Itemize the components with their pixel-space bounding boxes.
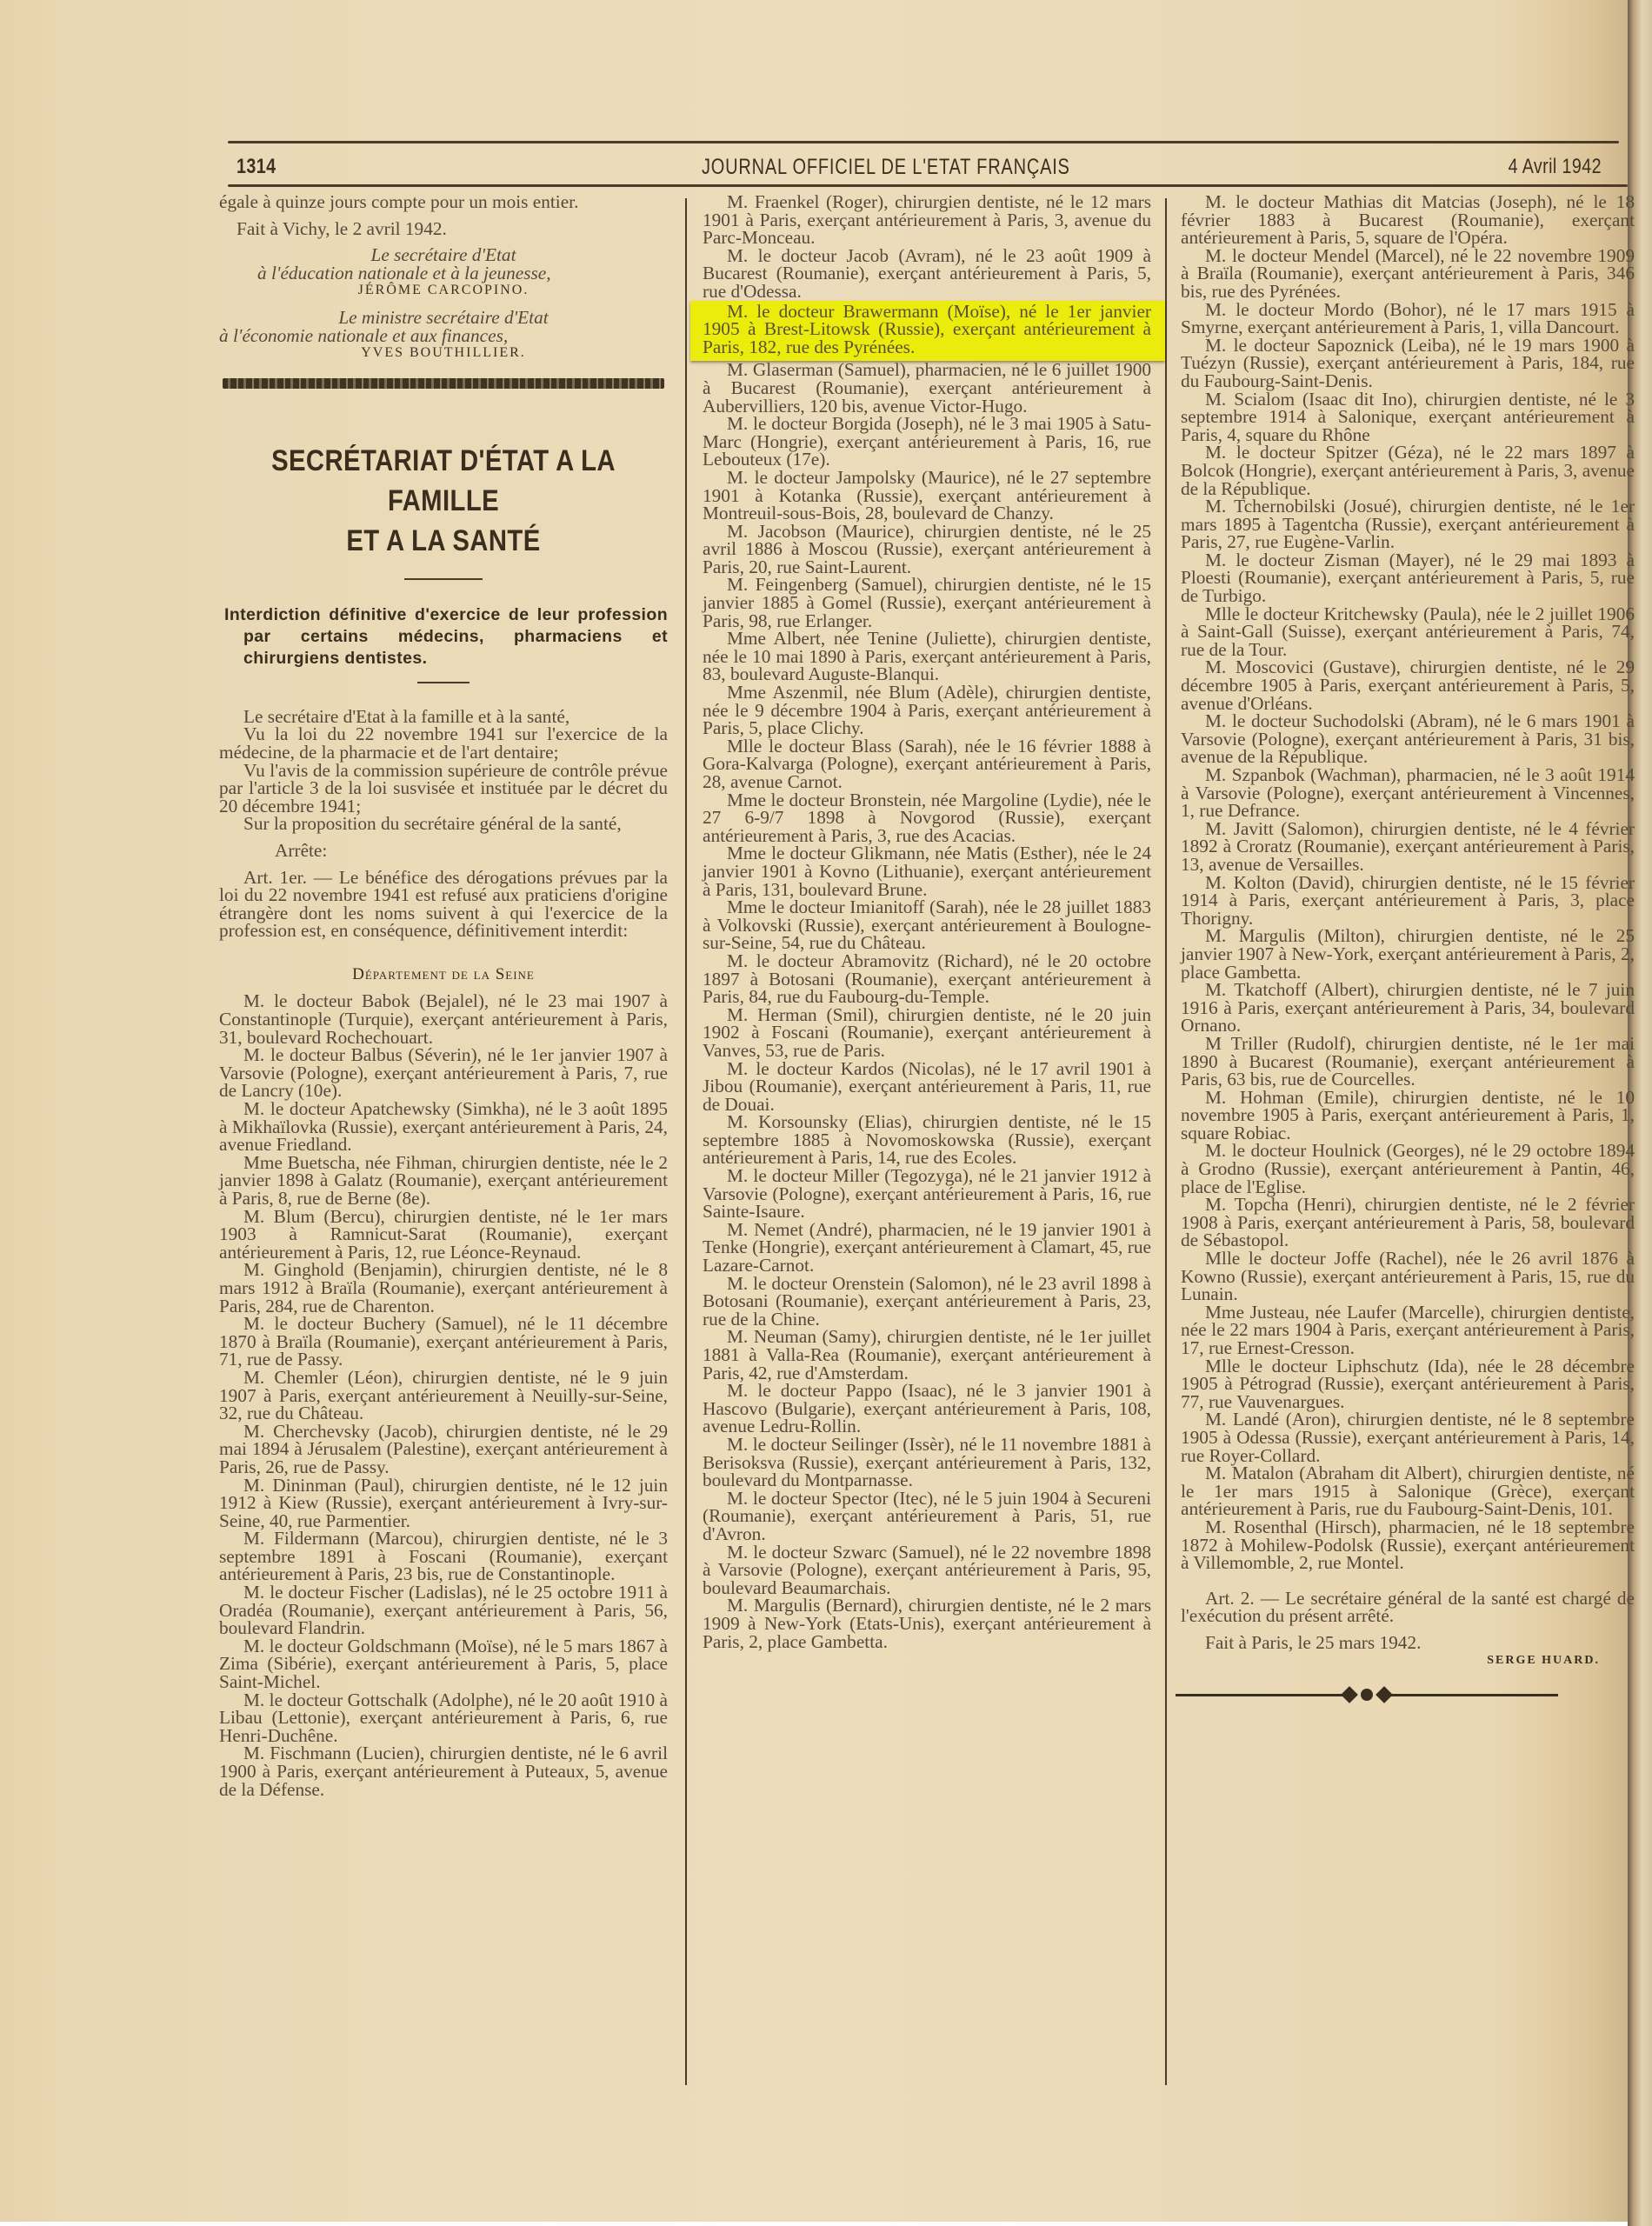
section-divider-band <box>223 378 664 389</box>
list-entry: M. Jacobson (Maurice), chirurgien dentis… <box>703 523 1151 576</box>
list-entry: M. le docteur Goldschmann (Moïse), né le… <box>219 1637 668 1691</box>
list-entry: Mme Aszenmil, née Blum (Adèle), chirurgi… <box>703 683 1151 737</box>
list-entry: M. Topcha (Henri), chirurgien dentiste, … <box>1181 1196 1635 1250</box>
list-entry: M. le docteur Balbus (Séverin), né le 1e… <box>219 1046 668 1100</box>
list-entry: Mlle le docteur Joffe (Rachel), née le 2… <box>1181 1250 1635 1303</box>
highlighted-entry: M. le docteur Brawermann (Moïse), né le … <box>690 301 1165 362</box>
list-entry: M. Blum (Bercu), chirurgien dentiste, né… <box>219 1208 668 1262</box>
column-1: égale à quinze jours compte pour un mois… <box>219 193 668 1798</box>
signatory-2-title-line1: Le ministre secrétaire d'Etat <box>219 309 668 327</box>
list-entry: M. Nemet (André), pharmacien, né le 19 j… <box>703 1221 1151 1275</box>
page-header: 1314 JOURNAL OFFICIEL DE L'ETAT FRANÇAIS… <box>236 148 1602 186</box>
list-entry: M. le docteur Spitzer (Géza), né le 22 m… <box>1181 443 1635 497</box>
list-entry: Mme le docteur Imianitoff (Sarah), née l… <box>703 898 1151 952</box>
decree-subtitle: Interdiction définitive d'exercice de le… <box>219 604 668 670</box>
list-entry: M. le docteur Miller (Tegozyga), né le 2… <box>703 1167 1151 1221</box>
list-entry: Mme Buetscha, née Fihman, chirurgien den… <box>219 1154 668 1208</box>
signatory-1-title-line2: à l'éducation nationale et à la jeunesse… <box>219 264 668 283</box>
list-entry: M. le docteur Sapoznick (Leiba), né le 1… <box>1181 337 1635 390</box>
list-entry: M. le docteur Mordo (Bohor), né le 17 ma… <box>1181 301 1635 337</box>
header-bottom-rule <box>228 184 1628 187</box>
list-entry: M Triller (Rudolf), chirurgien dentiste,… <box>1181 1035 1635 1089</box>
list-entry: M. le docteur Pappo (Isaac), né le 3 jan… <box>703 1382 1151 1436</box>
list-entry: M. Landé (Aron), chirurgien dentiste, né… <box>1181 1410 1635 1464</box>
department-heading: Département de la Seine <box>219 966 668 984</box>
list-entry: M. le docteur Buchery (Samuel), né le 11… <box>219 1315 668 1369</box>
column-separator-1 <box>685 198 687 2085</box>
list-entry: M. Margulis (Bernard), chirurgien dentis… <box>703 1596 1151 1650</box>
list-entry: M. Neuman (Samy), chirurgien dentiste, n… <box>703 1328 1151 1382</box>
list-entry: M. le docteur Apatchewsky (Simkha), né l… <box>219 1100 668 1154</box>
list-entry: M. Glaserman (Samuel), pharmacien, né le… <box>703 361 1151 415</box>
list-entry: M. Cherchevsky (Jacob), chirurgien denti… <box>219 1423 668 1476</box>
list-entry: M. le docteur Kardos (Nicolas), né le 17… <box>703 1060 1151 1114</box>
list-entry: M. le docteur Suchodolski (Abram), né le… <box>1181 712 1635 766</box>
list-entry: M. le docteur Mendel (Marcel), né le 22 … <box>1181 247 1635 301</box>
list-entry: M. Szpanbok (Wachman), pharmacien, né le… <box>1181 766 1635 820</box>
list-entry: M. le docteur Houlnick (Georges), né le … <box>1181 1142 1635 1196</box>
list-entry: M. Hohman (Emile), chirurgien dentiste, … <box>1181 1089 1635 1143</box>
list-entry: M. Tkatchoff (Albert), chirurgien dentis… <box>1181 981 1635 1035</box>
section-title-line1: SECRÉTARIAT D'ÉTAT A LA FAMILLE <box>250 441 636 521</box>
section-title: SECRÉTARIAT D'ÉTAT A LA FAMILLE ET A LA … <box>250 441 636 561</box>
list-entry: M. Dininman (Paul), chirurgien dentiste,… <box>219 1476 668 1530</box>
list-entry: M. Margulis (Milton), chirurgien dentist… <box>1181 927 1635 981</box>
issue-date: 4 Avril 1942 <box>1509 155 1602 179</box>
list-entry: M. le docteur Spector (Itec), né le 5 ju… <box>703 1490 1151 1543</box>
column-separator-2 <box>1165 198 1167 2085</box>
previous-decree-place-date: Fait à Vichy, le 2 avril 1942. <box>219 220 668 238</box>
list-entry: M. Kolton (David), chirurgien dentiste, … <box>1181 874 1635 928</box>
page-number: 1314 <box>236 155 276 179</box>
decree-signature: SERGE HUARD. <box>1181 1652 1635 1670</box>
section-title-line2: ET A LA SANTÉ <box>250 521 636 561</box>
list-entry: M. le docteur Fischer (Ladislas), né le … <box>219 1583 668 1637</box>
column-3: M. le docteur Mathias dit Matcias (Josep… <box>1181 193 1635 1701</box>
list-entry: M. le docteur Jampolsky (Maurice), né le… <box>703 469 1151 523</box>
list-entry: M. le docteur Babok (Bejalel), né le 23 … <box>219 992 668 1046</box>
article-1: Art. 1er. — Le bénéfice des dérogations … <box>219 869 668 940</box>
list-entry: Mme le docteur Bronstein, née Margoline … <box>703 791 1151 845</box>
list-entry: M. le docteur Orenstein (Salomon), né le… <box>703 1275 1151 1329</box>
list-entry: M. le docteur Borgida (Joseph), né le 3 … <box>703 415 1151 469</box>
list-entry: M. Rosenthal (Hirsch), pharmacien, né le… <box>1181 1518 1635 1572</box>
list-entry: M. Javitt (Salomon), chirurgien dentiste… <box>1181 820 1635 874</box>
list-entry: M. Korsounsky (Elias), chirurgien dentis… <box>703 1113 1151 1167</box>
list-entry: Mme Albert, née Tenine (Juliette), chiru… <box>703 630 1151 683</box>
list-entry: M. Moscovici (Gustave), chirurgien denti… <box>1181 658 1635 712</box>
list-entry: M. Chemler (Léon), chirurgien dentiste, … <box>219 1369 668 1423</box>
list-entry: M. Matalon (Abraham dit Albert), chirurg… <box>1181 1464 1635 1518</box>
preamble-line: Le secrétaire d'Etat à la famille et à l… <box>219 708 668 726</box>
previous-decree-closing: égale à quinze jours compte pour un mois… <box>219 193 668 211</box>
arrete-label: Arrête: <box>219 842 668 860</box>
list-entry: M. Fildermann (Marcou), chirurgien denti… <box>219 1530 668 1583</box>
signatory-1-name: JÉRÔME CARCOPINO. <box>219 282 668 300</box>
signatory-2-title-line2: à l'économie nationale et aux finances, <box>219 327 668 345</box>
end-ornament <box>1176 1689 1558 1701</box>
column-2: M. Fraenkel (Roger), chirurgien dentiste… <box>703 193 1151 1650</box>
signatory-1-title-line1: Le secrétaire d'Etat <box>219 246 668 264</box>
list-entry: M. Scialom (Isaac dit Ino), chirurgien d… <box>1181 390 1635 444</box>
list-entry: M. le docteur Seilinger (Issèr), né le 1… <box>703 1436 1151 1490</box>
article-2: Art. 2. — Le secrétaire général de la sa… <box>1181 1590 1635 1625</box>
journal-title: JOURNAL OFFICIEL DE L'ETAT FRANÇAIS <box>702 155 1070 180</box>
list-entry-highlighted: M. le docteur Brawermann (Moïse), né le … <box>703 303 1151 357</box>
list-entry: Mme Justeau, née Laufer (Marcelle), chir… <box>1181 1303 1635 1357</box>
subtitle-divider <box>417 682 470 683</box>
list-entry: M. Ginghold (Benjamin), chirurgien denti… <box>219 1261 668 1315</box>
list-entry: M. le docteur Jacob (Avram), né le 23 ao… <box>703 247 1151 301</box>
list-entry: M. le docteur Zisman (Mayer), né le 29 m… <box>1181 551 1635 605</box>
list-entry: Mme le docteur Glikmann, née Matis (Esth… <box>703 844 1151 898</box>
preamble-line: Sur la proposition du secrétaire général… <box>219 815 668 833</box>
list-entry: M. le docteur Mathias dit Matcias (Josep… <box>1181 193 1635 247</box>
list-entry: M. le docteur Gottschalk (Adolphe), né l… <box>219 1691 668 1745</box>
list-entry: M. Feingenberg (Samuel), chirurgien dent… <box>703 576 1151 630</box>
preamble-line: Vu l'avis de la commission supérieure de… <box>219 762 668 816</box>
preamble-line: Vu la loi du 22 novembre 1941 sur l'exer… <box>219 725 668 761</box>
list-entry: M. Fischmann (Lucien), chirurgien dentis… <box>219 1744 668 1798</box>
list-entry: Mlle le docteur Kritchewsky (Paula), née… <box>1181 605 1635 659</box>
decree-place-date: Fait à Paris, le 25 mars 1942. <box>1181 1634 1635 1652</box>
list-entry: M. le docteur Szwarc (Samuel), né le 22 … <box>703 1543 1151 1597</box>
title-divider <box>404 578 483 580</box>
signatory-2-name: YVES BOUTHILLIER. <box>219 344 668 363</box>
list-entry: M. Tchernobilski (Josué), chirurgien den… <box>1181 497 1635 551</box>
list-entry: M. le docteur Abramovitz (Richard), né l… <box>703 952 1151 1006</box>
header-top-rule <box>228 141 1619 143</box>
list-entry: Mlle le docteur Liphschutz (Ida), née le… <box>1181 1357 1635 1411</box>
list-entry: Mlle le docteur Blass (Sarah), née le 16… <box>703 737 1151 791</box>
list-entry: M. Fraenkel (Roger), chirurgien dentiste… <box>703 193 1151 247</box>
list-entry: M. Herman (Smil), chirurgien dentiste, n… <box>703 1006 1151 1060</box>
